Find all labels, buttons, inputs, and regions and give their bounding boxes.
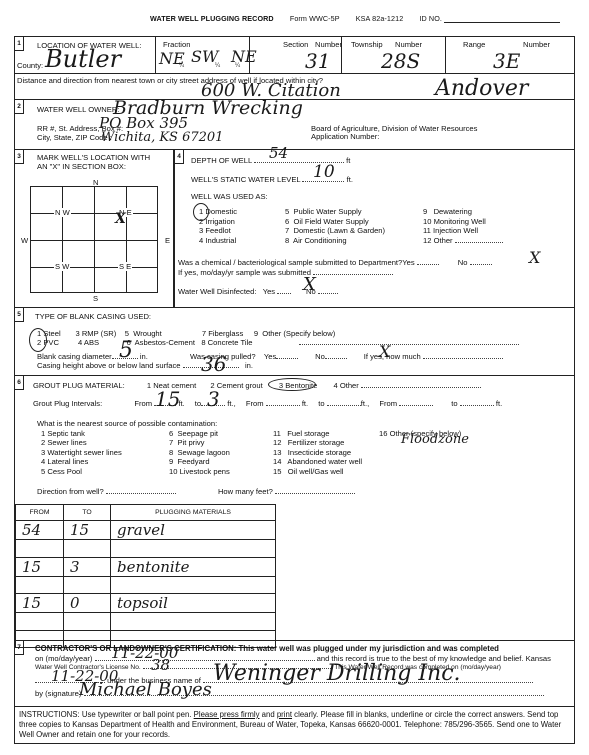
disinfected-yes-mark[interactable]: X — [303, 274, 316, 295]
table-row — [16, 540, 276, 558]
table-row: 150topsoil — [16, 594, 276, 613]
diameter-field[interactable]: 5 — [119, 338, 133, 363]
range-label: Range — [463, 40, 485, 49]
use-option-10[interactable]: 10 Monitoring Well — [423, 217, 503, 227]
height-field[interactable]: 36 — [201, 352, 226, 376]
casing-option-3[interactable]: 3 RMP (SR) — [75, 329, 116, 338]
diameter-row: Blank casing diameter in. Was casing pul… — [37, 352, 577, 361]
use-col-3: 9 Dewatering 10 Monitoring Well 11 Injec… — [423, 207, 503, 245]
use-selected-circle — [193, 203, 209, 221]
quadrant-sw: S W — [54, 262, 70, 271]
distance-row: Distance and direction from nearest town… — [14, 73, 575, 99]
contam-col-3: 11 Fuel storage 12 Fertilizer storage 13… — [273, 429, 362, 476]
casing-pulled-no-mark[interactable]: X — [379, 342, 390, 361]
section-label: Section — [283, 40, 308, 49]
county-field[interactable]: Butler — [45, 45, 121, 73]
depth-field[interactable]: 54 — [269, 144, 288, 162]
use-option-3[interactable]: 3 Feedlot — [199, 226, 237, 236]
form-header: WATER WELL PLUGGING RECORD Form WWC-5P K… — [150, 14, 574, 23]
business-name-field[interactable]: Weninger Drilling Inc. — [213, 661, 461, 686]
instructions-box: INSTRUCTIONS: Use typewriter or ball poi… — [14, 706, 575, 744]
id-label: ID NO. — [419, 14, 442, 23]
form-title: WATER WELL PLUGGING RECORD — [150, 14, 274, 23]
use-col-2: 5 Public Water Supply 6 Oil Field Water … — [285, 207, 385, 245]
casing-option-7[interactable]: 7 Fiberglass — [202, 329, 243, 338]
table-row: 5415gravel — [16, 521, 276, 540]
section-certification: 7 CONTRACTOR'S OR LANDOWNER'S CERTIFICAT… — [14, 640, 575, 706]
use-option-11[interactable]: 11 Injection Well — [423, 226, 503, 236]
sample-date-row: If yes, mo/day/yr sample was submitted — [178, 268, 393, 277]
grout-to-1[interactable]: 3 — [207, 387, 220, 411]
casing-option-8[interactable]: 8 Concrete Tile — [201, 338, 252, 347]
quadrant-nw: N W — [54, 208, 71, 217]
use-option-8[interactable]: 8 Air Conditioning — [285, 236, 385, 246]
grout-option-4[interactable]: 4 Other — [333, 381, 480, 390]
contam-other-field[interactable]: Floodzone — [401, 432, 469, 447]
use-option-6[interactable]: 6 Oil Field Water Supply — [285, 217, 385, 227]
casing-selected-circle — [29, 328, 47, 352]
city-field[interactable]: Wichita, KS 67201 — [101, 130, 223, 145]
use-option-7[interactable]: 7 Domestic (Lawn & Garden) — [285, 226, 385, 236]
use-option-12[interactable]: 12 Other — [423, 236, 503, 246]
sample-no-mark[interactable]: X — [529, 248, 540, 267]
section-location-map: 3 MARK WELL'S LOCATION WITH AN "X" IN SE… — [14, 149, 174, 307]
application-label: Application Number: — [311, 132, 379, 141]
casing-option-5[interactable]: 5 Wrought — [125, 329, 162, 338]
table-row: 153bentonite — [16, 557, 276, 576]
grout-material-row: GROUT PLUG MATERIAL: 1 Neat cement 2 Cem… — [33, 381, 481, 390]
section-number: 1 — [15, 37, 24, 51]
grout-from-1[interactable]: 15 — [155, 387, 180, 411]
section-location: 1 LOCATION OF WATER WELL: County: Butler… — [14, 36, 575, 73]
use-option-5[interactable]: 5 Public Water Supply — [285, 207, 385, 217]
well-location-mark: X — [115, 211, 126, 227]
section-well-data: 4 DEPTH OF WELL ft 54 WELL'S STATIC WATE… — [174, 149, 575, 307]
casing-option-6[interactable]: 6 Asbestos-Cement — [127, 338, 195, 347]
grout-intervals-row: Grout Plug Intervals: From ft. to ft., F… — [33, 399, 502, 408]
quadrant-se: S E — [118, 262, 132, 271]
contam-col-1: 1 Septic tank 2 Sewer lines 3 Watertight… — [41, 429, 122, 476]
ksa-reference: KSA 82a-1212 — [356, 14, 404, 23]
signature-field[interactable]: Michael Boyes — [79, 679, 212, 700]
township-field[interactable]: 28S — [381, 49, 420, 73]
section-grout: 6 GROUT PLUG MATERIAL: 1 Neat cement 2 C… — [14, 375, 575, 640]
license-field[interactable]: 38 — [151, 656, 170, 674]
sample-row: Was a chemical / bacteriological sample … — [178, 258, 492, 267]
owner-label: WATER WELL OWNER: — [37, 105, 119, 114]
section-casing: 5 TYPE OF BLANK CASING USED: 1 Steel 3 R… — [14, 307, 575, 375]
contam-col-2: 6 Seepage pit 7 Pit privy 8 Sewage lagoo… — [169, 429, 230, 476]
range-field[interactable]: 3E — [493, 49, 520, 73]
casing-option-4[interactable]: 4 ABS — [78, 338, 99, 347]
section-field[interactable]: 31 — [305, 49, 330, 73]
table-row — [16, 613, 276, 631]
table-header: FROM TO PLUGGING MATERIALS — [16, 505, 276, 521]
county-label: County: — [17, 61, 43, 70]
section-grid[interactable]: N W N E S W S E X — [30, 186, 158, 293]
town-field[interactable]: Andover — [435, 76, 528, 101]
township-label: Township — [351, 40, 383, 49]
section-owner: 2 WATER WELL OWNER: Bradburn Wrecking RR… — [14, 99, 575, 149]
fraction-label: Fraction — [163, 40, 190, 49]
direction-row: Direction from well? How many feet? — [37, 487, 355, 496]
grout-selected-circle — [268, 378, 316, 391]
section-number-label: Number — [315, 40, 342, 49]
plugging-table: FROM TO PLUGGING MATERIALS 5415gravel 15… — [15, 504, 276, 648]
use-option-4[interactable]: 4 Industrial — [199, 236, 237, 246]
use-option-9[interactable]: 9 Dewatering — [423, 207, 503, 217]
static-level-field[interactable]: 10 — [313, 162, 335, 182]
table-row — [16, 576, 276, 594]
id-field[interactable] — [444, 22, 560, 23]
form-number: Form WWC-5P — [290, 14, 340, 23]
casing-option-9[interactable]: 9 Other (Specify below) — [254, 329, 335, 338]
